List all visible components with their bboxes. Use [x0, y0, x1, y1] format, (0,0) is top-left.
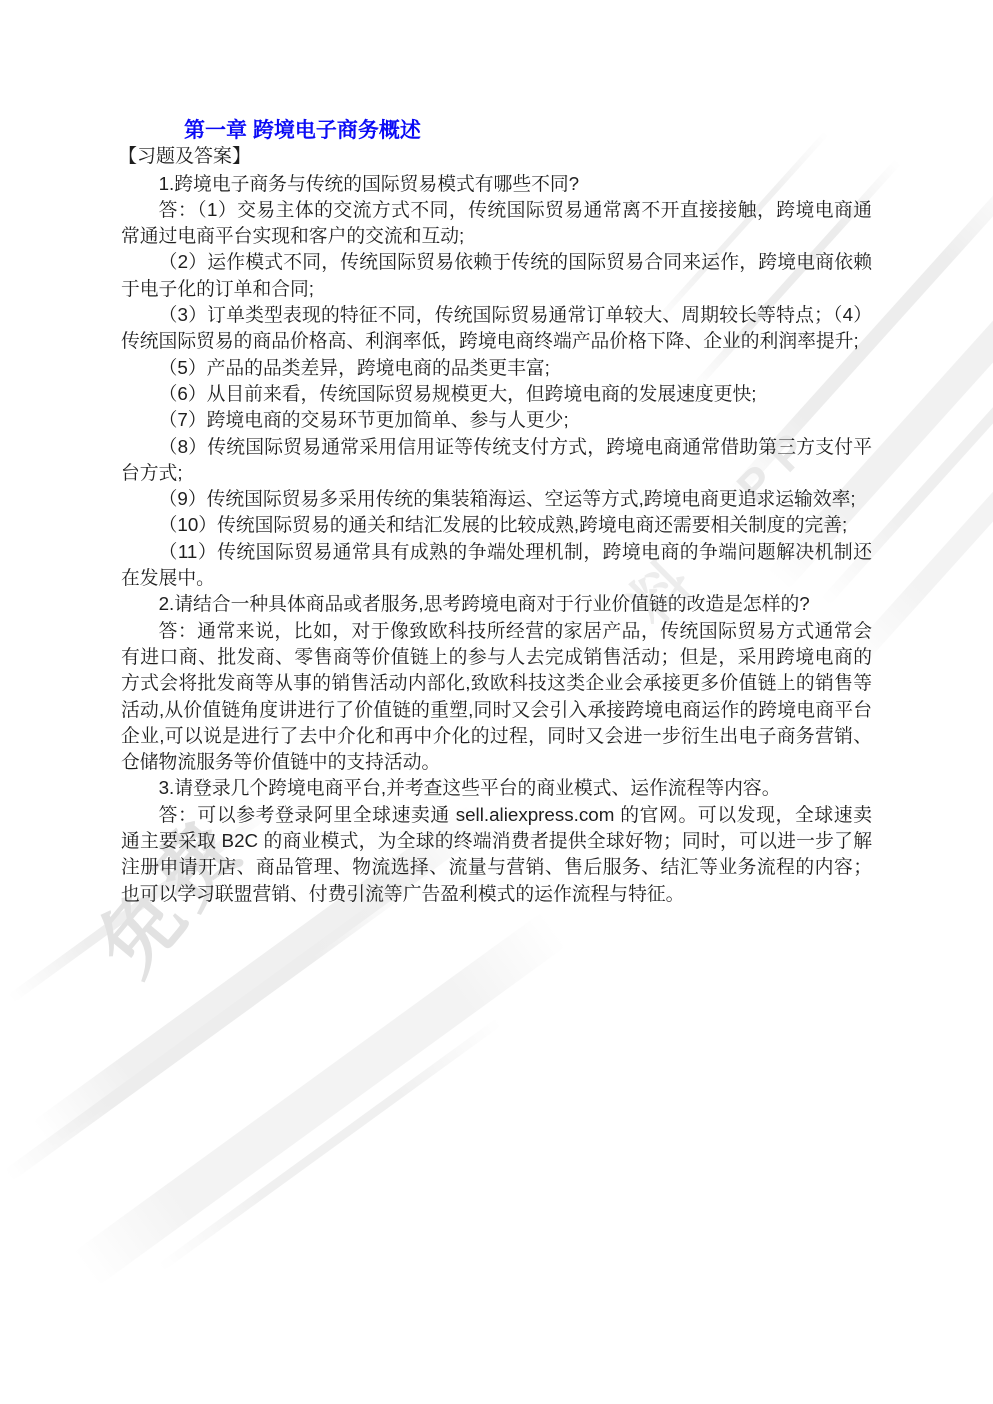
- answer-1-item-3-4: （3）订单类型表现的特征不同，传统国际贸易通常订单较大、周期较长等特点；（4）传…: [121, 302, 872, 355]
- document-content: 第一章 跨境电子商务概述 【习题及答案】 1.跨境电子商务与传统的国际贸易模式有…: [121, 118, 872, 907]
- answer-1-item-7: （7）跨境电商的交易环节更加简单、参与人更少;: [121, 407, 872, 433]
- answer-1-item-9: （9）传统国际贸易多采用传统的集装箱海运、空运等方式,跨境电商更追求运输效率;: [121, 486, 872, 512]
- answer-1-item-8: （8）传统国际贸易通常采用信用证等传统支付方式，跨境电商通常借助第三方支付平台方…: [121, 434, 872, 487]
- watermark-streak: [4, 876, 417, 1181]
- chapter-heading: 第一章 跨境电子商务概述: [184, 118, 872, 144]
- section-label: 【习题及答案】: [118, 144, 872, 170]
- question-3: 3.请登录几个跨境电商平台,并考查这些平台的商业模式、运作流程等内容。: [121, 775, 872, 801]
- watermark-streak: [73, 912, 567, 1287]
- document-page: 料 PP 免费 第一章 跨境电子商务概述 【习题及答案】 1.跨境电子商务与传统…: [0, 0, 993, 1404]
- answer-1-item-1: 答：（1）交易主体的交流方式不同，传统国际贸易通常离不开直接接触，跨境电商通常通…: [121, 197, 872, 250]
- answer-1-item-5: （5）产品的品类差异，跨境电商的品类更丰富;: [121, 355, 872, 381]
- answer-1-item-11: （11）传统国际贸易通常具有成熟的争端处理机制，跨境电商的争端问题解决机制还在发…: [121, 539, 872, 592]
- answer-1-item-2: （2）运作模式不同，传统国际贸易依赖于传统的国际贸易合同来运作，跨境电商依赖于电…: [121, 249, 872, 302]
- answer-1-item-10: （10）传统国际贸易的通关和结汇发展的比较成熟,跨境电商还需要相关制度的完善;: [121, 512, 872, 538]
- watermark-streak: [157, 1017, 502, 1271]
- question-2: 2.请结合一种具体商品或者服务,思考跨境电商对于行业价值链的改造是怎样的?: [121, 591, 872, 617]
- answer-2: 答：通常来说，比如，对于像致欧科技所经营的家居产品，传统国际贸易方式通常会有进口…: [121, 618, 872, 776]
- question-1: 1.跨境电子商务与传统的国际贸易模式有哪些不同?: [121, 171, 872, 197]
- answer-3: 答：可以参考登录阿里全球速卖通 sell.aliexpress.com 的官网。…: [121, 802, 872, 907]
- answer-1-item-6: （6）从目前来看，传统国际贸易规模更大，但跨境电商的发展速度更快;: [121, 381, 872, 407]
